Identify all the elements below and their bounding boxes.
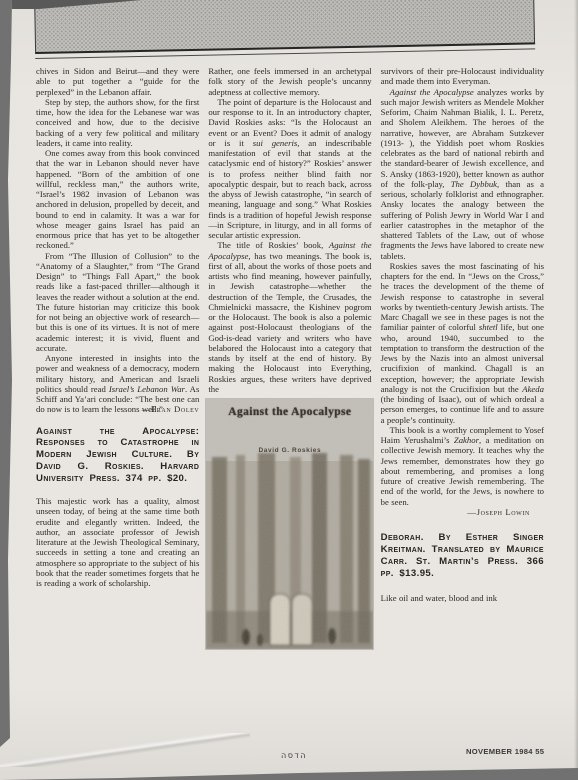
page-edge-shadow	[574, 0, 578, 770]
paragraph: The point of departure is the Holocaust …	[208, 97, 371, 241]
paragraph: One comes away from this book convinced …	[36, 148, 199, 251]
top-photo-band-wrapper	[34, 0, 535, 59]
magazine-page-paper: chives in Sidon and Beirut—and they were…	[0, 0, 578, 780]
paragraph: Rather, one feels immersed in an archety…	[208, 66, 371, 97]
paragraph: This majestic work has a quality, almost…	[36, 496, 199, 588]
paragraph: chives in Sidon and Beirut—and they were…	[36, 66, 199, 97]
paragraph: Roskies saves the most fascinating of hi…	[381, 261, 544, 425]
cover-author-text: David G. Roskies	[206, 447, 373, 454]
article-columns: chives in Sidon and Beirut—and they were…	[36, 66, 544, 649]
halftone-photo-crop	[34, 0, 535, 54]
column-3: survivors of their pre-Holocaust individ…	[381, 66, 544, 649]
paragraph: From “The Illusion of Collusion” to the …	[36, 251, 199, 354]
cover-title-text: Against the Apocalypse	[206, 406, 373, 418]
magazine-name-hebrew: הדסה	[281, 751, 307, 760]
book-cover-image: Against the Apocalypse David G. Roskies	[206, 399, 373, 649]
book-info-heading: Deborah. By Esther Singer Kreitman. Tran…	[381, 532, 544, 580]
reviewer-byline: —Joseph Lowin	[381, 507, 544, 517]
column-1: chives in Sidon and Beirut—and they were…	[36, 66, 199, 649]
column-2: Rather, one feels immersed in an archety…	[208, 66, 371, 649]
paragraph: Against the Apocalypse analyzes works by…	[381, 87, 544, 261]
paragraph: This book is a worthy complement to Yose…	[381, 425, 544, 507]
book-info-heading: Against the Apocalypse: Responses to Cat…	[36, 426, 199, 486]
paragraph: survivors of their pre-Holocaust individ…	[381, 66, 544, 87]
paragraph: The title of Roskies’ book, Against the …	[208, 240, 371, 394]
issue-date-page-number: NOVEMBER 1984 55	[466, 747, 544, 756]
scanned-magazine-page: chives in Sidon and Beirut—and they were…	[0, 0, 578, 780]
book-cover-illustration	[206, 399, 373, 649]
paper-crease	[0, 733, 250, 767]
paragraph: Step by step, the authors show, for the …	[36, 97, 199, 148]
paragraph: Like oil and water, blood and ink	[381, 593, 544, 603]
